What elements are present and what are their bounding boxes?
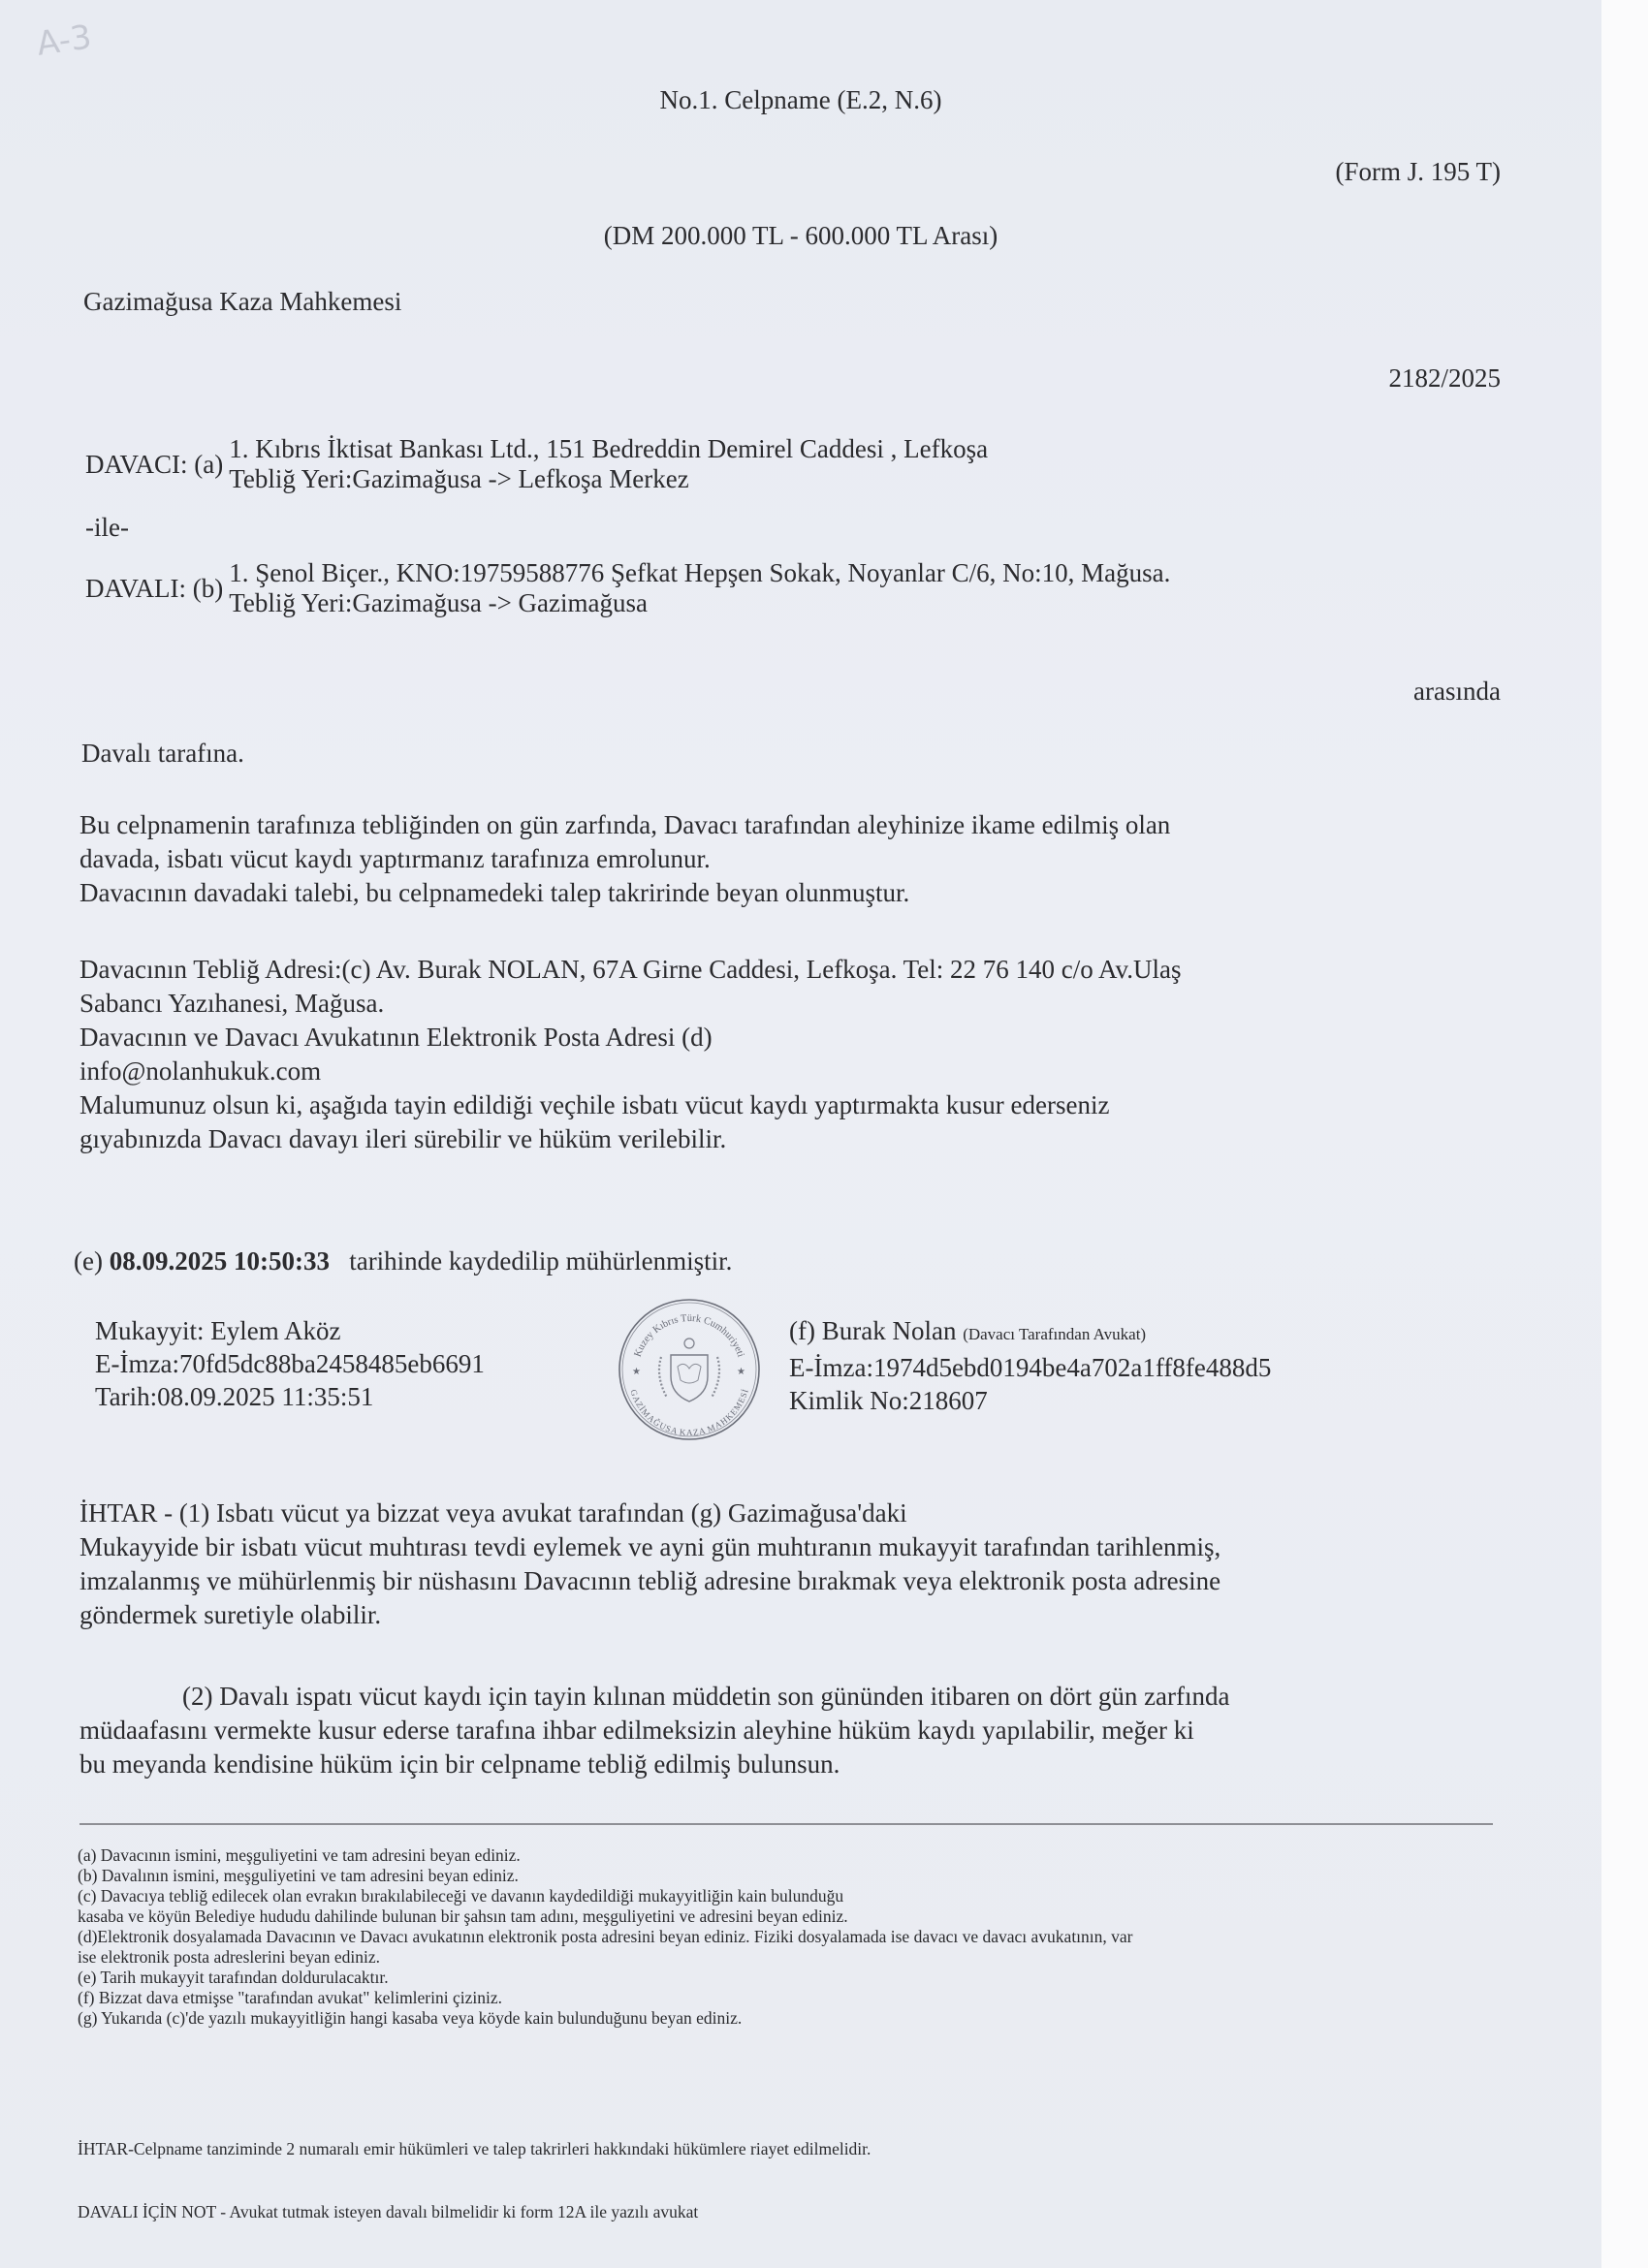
warning-line: (2) Davalı ispatı vücut kaydı için tayin…	[182, 1682, 1230, 1711]
registration-prefix: (e)	[74, 1246, 103, 1276]
registrar-esign: E-İmza:70fd5dc88ba2458485eb6691	[95, 1347, 485, 1380]
footnotes: (a) Davacının ismini, meşguliyetini ve t…	[78, 1845, 1503, 2029]
lawyer-role-note: (Davacı Tarafından Avukat)	[963, 1325, 1146, 1343]
summons-paragraph: Bu celpnamenin tarafınıza tebliğinden on…	[79, 808, 1514, 910]
service-address-block: Davacının Tebliğ Adresi:(c) Av. Burak NO…	[79, 953, 1514, 1156]
footnote-f: (f) Bizzat dava etmişse "tarafından avuk…	[78, 1988, 1503, 2008]
registration-line: (e) 08.09.2025 10:50:33 tarihinde kayded…	[74, 1244, 732, 1277]
registration-suffix: tarihinde kaydedilip mühürlenmiştir.	[349, 1246, 732, 1276]
case-number: 2182/2025	[1388, 362, 1501, 394]
footnote-g: (g) Yukarıda (c)'de yazılı mukayyitliğin…	[78, 2008, 1503, 2029]
handwritten-corner-mark: A-3	[34, 17, 93, 63]
registration-datetime: 08.09.2025 10:50:33	[110, 1246, 330, 1276]
svg-text:★: ★	[632, 1367, 641, 1377]
defendant-name-address: 1. Şenol Biçer., KNO:19759588776 Şefkat …	[229, 558, 1170, 588]
svg-text:GAZİMAĞUSA KAZA MAHKEMESİ: GAZİMAĞUSA KAZA MAHKEMESİ	[628, 1388, 749, 1437]
warning-line: imzalanmış ve mühürlenmiş bir nüshasını …	[79, 1564, 1514, 1598]
warning-line: Mukayyide bir isbatı vücut muhtırası tev…	[79, 1530, 1514, 1564]
court-seal-icon: Kuzey Kıbrıs Türk Cumhuriyeti GAZİMAĞUSA…	[617, 1297, 762, 1442]
footnote-a: (a) Davacının ismini, meşguliyetini ve t…	[78, 1845, 1503, 1866]
paragraph-line: davada, isbatı vücut kaydı yaptırmanız t…	[79, 842, 1514, 876]
seal-top-text: Kuzey Kıbrıs Türk Cumhuriyeti	[633, 1313, 746, 1359]
email-address: info@nolanhukuk.com	[79, 1055, 1514, 1088]
court-name: Gazimağusa Kaza Mahkemesi	[83, 285, 401, 318]
document-title: No.1. Celpname (E.2, N.6)	[0, 83, 1601, 116]
paragraph-line: Davacının davadaki talebi, bu celpnamede…	[79, 876, 1514, 910]
footnote-d: (d)Elektronik dosyalamada Davacının ve D…	[78, 1927, 1503, 1947]
warning-line: İHTAR - (1) Isbatı vücut ya bizzat veya …	[79, 1496, 1514, 1530]
registrar-name: Mukayyit: Eylem Aköz	[95, 1314, 485, 1347]
footnote-d-cont: ise elektronik posta adreslerini beyan e…	[78, 1947, 1503, 1968]
footnote-divider	[79, 1823, 1493, 1825]
footnote-b: (b) Davalının ismini, meşguliyetini ve t…	[78, 1866, 1503, 1886]
plaintiff-name-address: 1. Kıbrıs İktisat Bankası Ltd., 151 Bedr…	[229, 434, 988, 464]
defendant-block: DAVALI: (b) 1. Şenol Biçer., KNO:1975958…	[85, 558, 1170, 618]
addressee: Davalı tarafına.	[81, 737, 244, 770]
footnote-c-cont: kasaba ve köyün Belediye hududu dahilind…	[78, 1906, 1503, 1927]
plaintiff-service-place: Tebliğ Yeri:Gazimağusa -> Lefkoşa Merkez	[229, 464, 988, 494]
lawyer-esign: E-İmza:1974d5ebd0194be4a702a1ff8fe488d5	[789, 1351, 1271, 1384]
registrar-signature: Mukayyit: Eylem Aköz E-İmza:70fd5dc88ba2…	[95, 1314, 485, 1413]
warning-2: (2) Davalı ispatı vücut kaydı için tayin…	[79, 1680, 1514, 1781]
lawyer-signature: (f) Burak Nolan (Davacı Tarafından Avuka…	[789, 1314, 1271, 1417]
warning-line: müdaafasını vermekte kusur ederse tarafı…	[79, 1714, 1514, 1748]
svg-text:★: ★	[737, 1367, 745, 1377]
registrar-date: Tarih:08.09.2025 11:35:51	[95, 1380, 485, 1413]
email-label: Davacının ve Davacı Avukatının Elektroni…	[79, 1021, 1514, 1055]
svg-text:Kuzey Kıbrıs Türk Cumhuriyeti: Kuzey Kıbrıs Türk Cumhuriyeti	[633, 1313, 746, 1359]
closing-warning: İHTAR-Celpname tanziminde 2 numaralı emi…	[78, 2139, 1503, 2159]
parties-separator: -ile-	[85, 511, 129, 544]
defendant-service-place: Tebliğ Yeri:Gazimağusa -> Gazimağusa	[229, 588, 1170, 618]
defendant-note: DAVALI İÇİN NOT - Avukat tutmak isteyen …	[78, 2202, 1503, 2222]
plaintiff-role-label: DAVACI: (a)	[85, 450, 223, 480]
seal-bottom-text: GAZİMAĞUSA KAZA MAHKEMESİ	[628, 1388, 749, 1437]
warning-1: İHTAR - (1) Isbatı vücut ya bizzat veya …	[79, 1496, 1514, 1632]
notice-line: gıyabınızda Davacı davayı ileri sürebili…	[79, 1122, 1514, 1156]
form-code: (Form J. 195 T)	[1335, 155, 1501, 188]
lawyer-id: Kimlik No:218607	[789, 1384, 1271, 1417]
service-address-line: Davacının Tebliğ Adresi:(c) Av. Burak NO…	[79, 953, 1514, 987]
footnote-e: (e) Tarih mukayyit tarafından doldurulac…	[78, 1968, 1503, 1988]
plaintiff-block: DAVACI: (a) 1. Kıbrıs İktisat Bankası Lt…	[85, 434, 988, 494]
between-label: arasında	[1413, 675, 1501, 708]
paragraph-line: Bu celpnamenin tarafınıza tebliğinden on…	[79, 808, 1514, 842]
warning-line: göndermek suretiyle olabilir.	[79, 1598, 1514, 1632]
warning-line: bu meyanda kendisine hüküm için bir celp…	[79, 1748, 1514, 1781]
amount-range: (DM 200.000 TL - 600.000 TL Arası)	[0, 219, 1601, 252]
lawyer-name: (f) Burak Nolan	[789, 1316, 956, 1345]
defendant-role-label: DAVALI: (b)	[85, 574, 223, 604]
notice-line: Malumunuz olsun ki, aşağıda tayin edildi…	[79, 1088, 1514, 1122]
footnote-c: (c) Davacıya tebliğ edilecek olan evrakı…	[78, 1886, 1503, 1906]
service-address-line: Sabancı Yazıhanesi, Mağusa.	[79, 987, 1514, 1021]
